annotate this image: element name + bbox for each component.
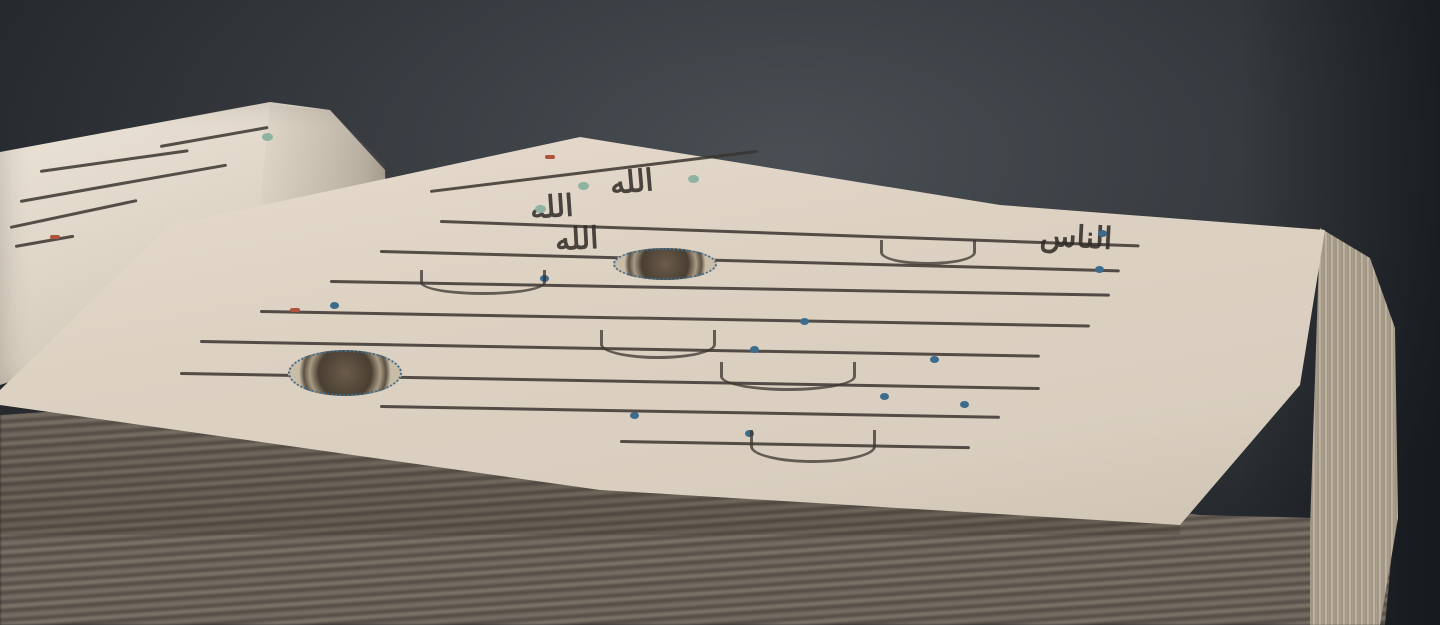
- verse-marker-rosette-upper: [613, 248, 717, 280]
- verse-marker-rosette-lower: [288, 350, 402, 396]
